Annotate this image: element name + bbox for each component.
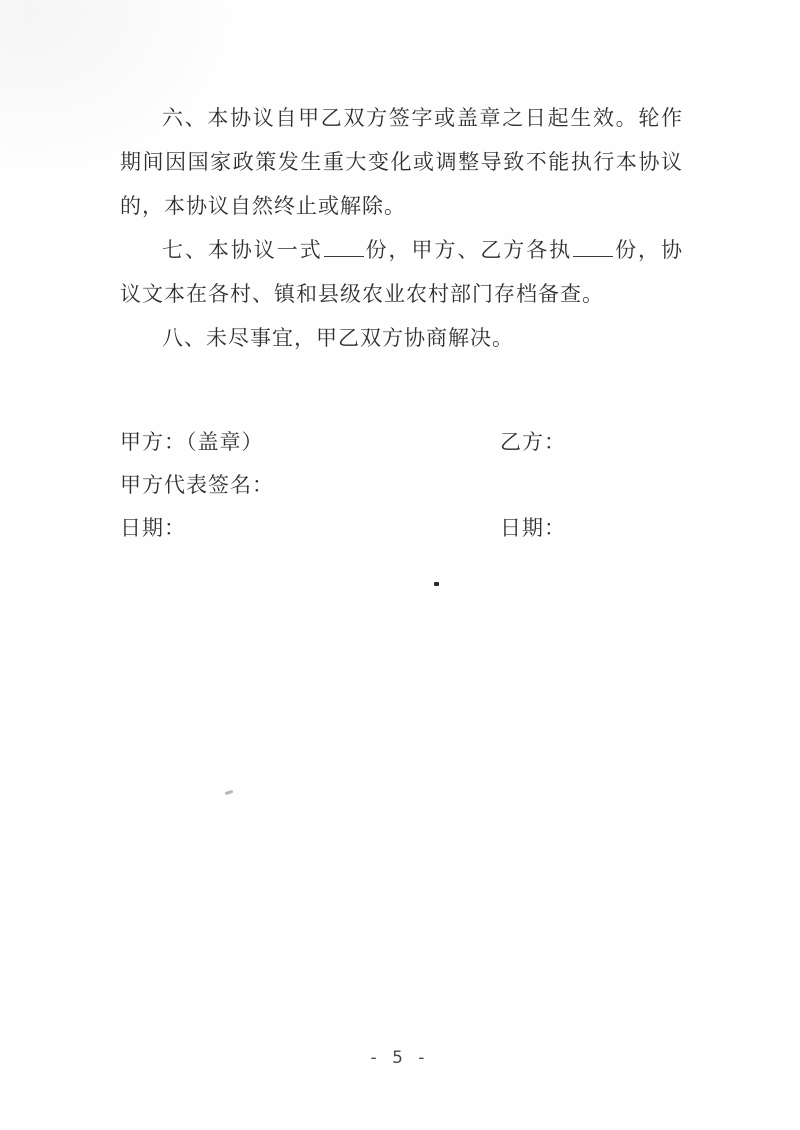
party-b-representative-empty [500,464,683,507]
clauses-section: 六、本协议自甲乙双方签字或盖章之日起生效。轮作期间因国家政策发生重大变化或调整导… [120,96,683,360]
clause-7-paragraph: 七、本协议一式份，甲方、乙方各执份，协议文本在各村、镇和县级农业农村部门存档备查… [120,228,683,316]
party-a-date-label: 日期： [120,507,500,550]
party-a-representative-label: 甲方代表签名： [120,464,500,507]
scan-speck-artifact [434,582,439,586]
signature-row-representative: 甲方代表签名： [120,464,683,507]
clause-8-paragraph: 八、未尽事宜，甲乙双方协商解决。 [120,316,683,360]
signature-row-dates: 日期： 日期： [120,507,683,550]
party-b-label: 乙方： [500,421,683,464]
document-page: 六、本协议自甲乙双方签字或盖章之日起生效。轮作期间因国家政策发生重大变化或调整导… [0,0,800,1130]
clause-7-text-part2: 份，甲方、乙方各执 [365,238,573,262]
signature-row-parties: 甲方：（盖章） 乙方： [120,421,683,464]
party-a-seal-label: 甲方：（盖章） [120,421,500,464]
clause-7-text-part1: 七、本协议一式 [162,238,323,262]
scan-smudge-artifact [225,790,234,795]
copies-each-blank [573,236,613,257]
copies-total-blank [324,236,364,257]
page-number: - 5 - [0,1048,800,1068]
clause-6-paragraph: 六、本协议自甲乙双方签字或盖章之日起生效。轮作期间因国家政策发生重大变化或调整导… [120,96,683,228]
party-b-date-label: 日期： [500,507,683,550]
signature-block: 甲方：（盖章） 乙方： 甲方代表签名： 日期： 日期： [120,421,683,550]
